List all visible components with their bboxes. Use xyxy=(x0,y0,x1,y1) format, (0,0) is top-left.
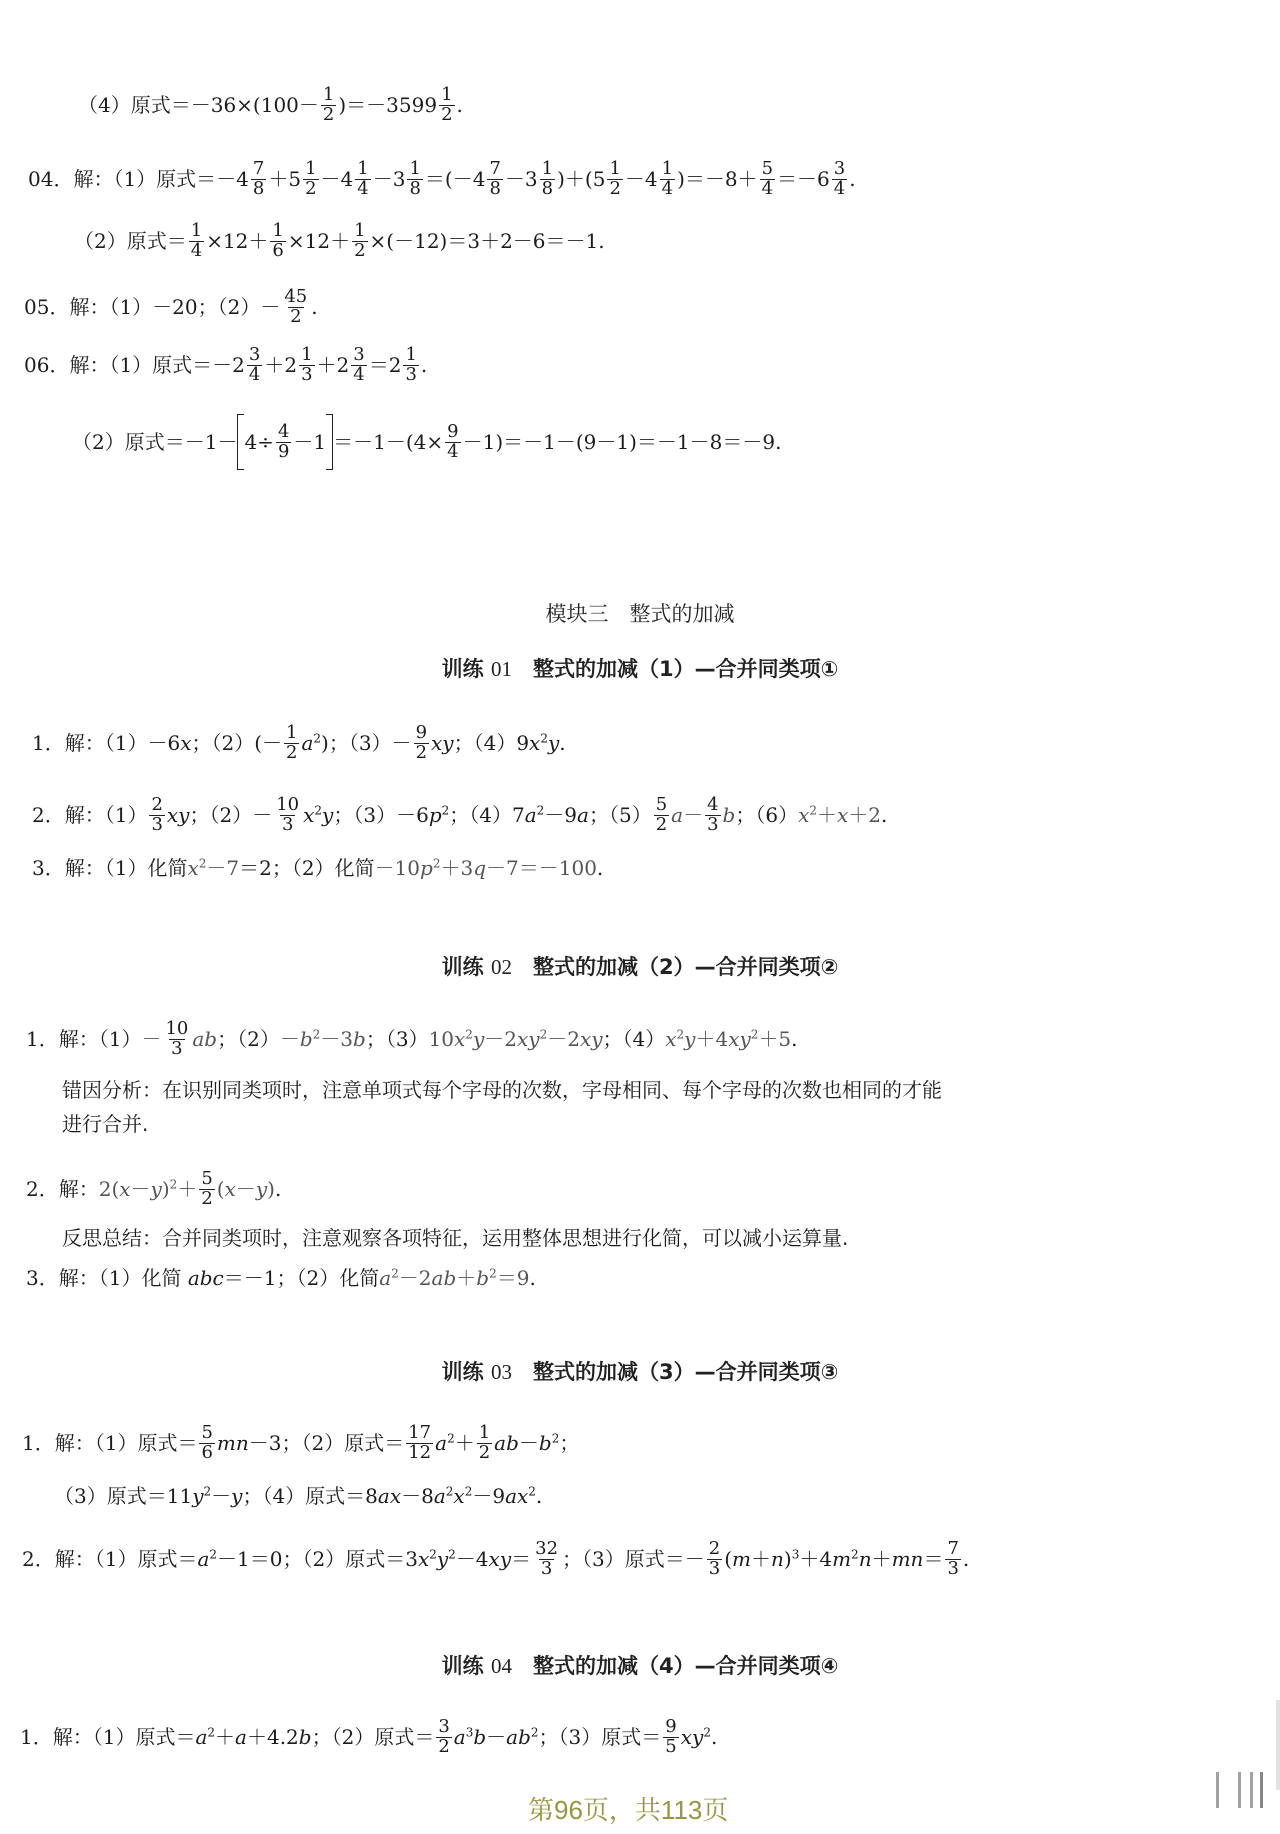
training-01-title: 训练 01 整式的加减（1）—合并同类项① xyxy=(0,653,1280,683)
training-04-q1: 1．解：（1）原式＝a2＋a＋4.2b；（2）原式＝ 32a3b－ab2；（3）… xyxy=(20,1718,717,1757)
training-02-q1: 1．解：（1）－ 103ab；（2） －b2－3b；（3） 10x2y－2xy2… xyxy=(26,1020,798,1059)
training-01-q3: 3．解：（1）化简x2－7＝2；（2）化简－10p2＋3q－7＝－100. xyxy=(32,858,603,878)
training-02-title: 训练 02 整式的加减（2）—合并同类项② xyxy=(0,951,1280,981)
training-02-reflection: 反思总结：合并同类项时，注意观察各项特征，运用整体思想进行化简，可以减小运算量. xyxy=(62,1228,848,1248)
solution-q06-part2: （2）原式＝－1－ 4÷49－1 ＝－1－(4×94 －1)＝－1－(9－1)＝… xyxy=(72,414,781,470)
fraction: 12 xyxy=(439,86,454,125)
module-title: 模块三 整式的加减 xyxy=(0,598,1280,628)
training-02-q3: 3．解：（1）化简 abc＝－1；（2）化简 a2－2ab＋b2＝9. xyxy=(26,1268,536,1288)
fraction: 12 xyxy=(321,86,336,125)
training-04-title: 训练 04 整式的加减（4）—合并同类项④ xyxy=(0,1650,1280,1680)
solution-q06-part1: 06．解：（1）原式＝－2 34＋2 13＋2 34＝2 13. xyxy=(24,346,427,385)
scan-artifact xyxy=(1210,1772,1270,1808)
training-02-error-analysis: 错因分析：在识别同类项时，注意单项式每个字母的次数，字母相同、每个字母的次数也相… xyxy=(62,1080,942,1100)
training-03-title: 训练 03 整式的加减（3）—合并同类项③ xyxy=(0,1356,1280,1386)
training-02-error-analysis-cont: 进行合并. xyxy=(62,1114,148,1134)
page-edge xyxy=(1276,1700,1280,1790)
page-indicator: 第96页，共113页 xyxy=(528,1790,728,1827)
training-01-q2: 2．解：（1） 23xy；（2）－ 103x2y；（3）－6p2；（4）7a2－… xyxy=(32,796,887,835)
training-03-q1: 1．解：（1）原式＝ 56mn－3；（2）原式＝ 1712a2＋ 12ab－b2… xyxy=(22,1424,579,1463)
solution-q04-part1: 04．解：（1）原式＝－4 78＋5 12－4 14－3 18＝(－4 78－3… xyxy=(28,160,856,199)
training-02-q2: 2．解：2(x－y)2＋ 52(x－y). xyxy=(26,1170,281,1209)
solution-q05: 05．解：（1）－20；（2）－ 452. xyxy=(24,288,318,327)
solution-q03-part4: （4）原式＝－36×(100－ 12 )＝－3599 12 . xyxy=(78,86,463,125)
training-01-q1: 1．解：（1）－6x；（2）(－ 12a2)；（3）－ 92xy；（4）9x2y… xyxy=(32,724,566,763)
solution-q04-part2: （2）原式＝ 14×12＋ 16×12＋ 12×(－12)＝3＋2－6＝－1. xyxy=(74,222,605,261)
training-03-q1-cont: （3）原式＝11y2－y；（4）原式＝8ax－8a2x2－9ax2. xyxy=(54,1486,542,1506)
training-03-q2: 2．解：（1）原式＝a2－1＝0；（2）原式＝3x2y2－4xy＝ 323；（3… xyxy=(22,1540,969,1579)
